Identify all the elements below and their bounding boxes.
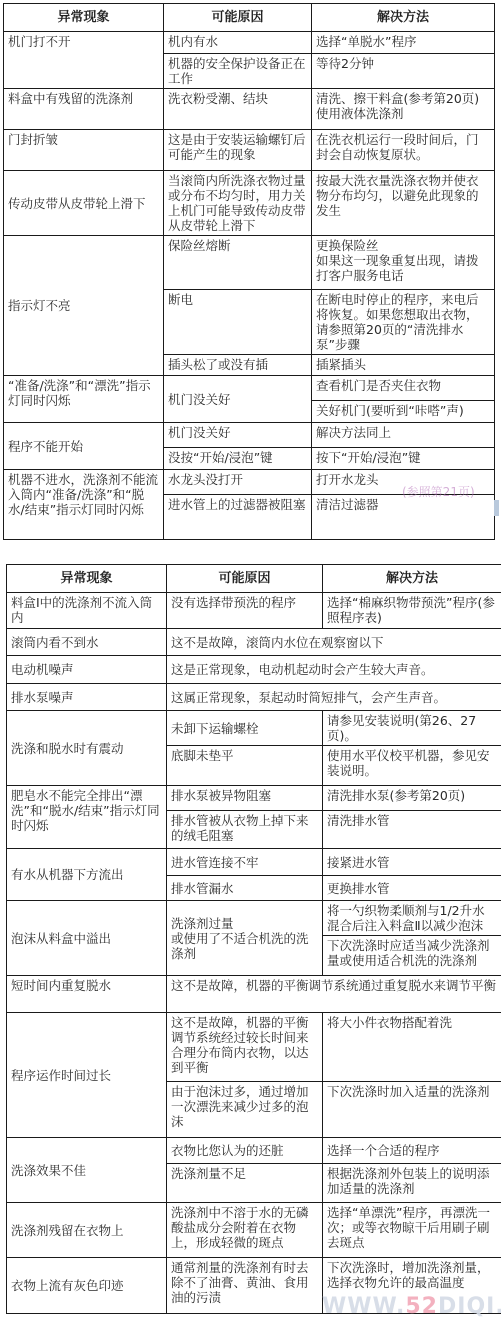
symptom-cell: 机门打不开 <box>4 32 164 89</box>
symptom-cell: 排水泵噪声 <box>7 684 167 711</box>
solution-cell: 选择一个合适的程序 <box>323 1138 501 1164</box>
symptom-cell: 程序运作时间过长 <box>7 1013 167 1138</box>
solution-cell: 将大小件衣物搭配着洗 <box>323 1013 501 1082</box>
cause-cell: 洗衣粉受潮、结块 <box>164 89 312 130</box>
table-row: 程序不能开始 机门没关好 解决方法同上 <box>4 423 495 448</box>
solution-cell: 下次洗涤时应适当减少洗涤剂量或使用适合机洗的洗涤剂 <box>323 936 501 976</box>
solution-cell: 选择“单漂洗”程序，再漂洗一次；或等衣物晾干后用刷子刷去斑点 <box>323 1203 501 1258</box>
table-row: 传动皮带从皮带轮上滑下 当滚筒内所洗涤衣物过量或分布不均匀时，用力关上机门可能导… <box>4 171 495 236</box>
solution-cell: 清洗排水泵(参考第20页) <box>323 786 501 811</box>
table-row: 排水泵噪声 这属正常现象，泵起动时简短排气，会产生声音。 <box>7 684 501 711</box>
solution-cell: 在洗衣机运行一段时间后，门封会自动恢复原状。 <box>312 130 495 171</box>
table-row: 料盒中有残留的洗涤剂 洗衣粉受潮、结块 清洗、擦干料盒(参考第20页) 使用液体… <box>4 89 495 130</box>
header-cause: 可能原因 <box>167 565 323 593</box>
symptom-cell: 门封折皱 <box>4 130 164 171</box>
solution-cell: 根据洗涤剂外包装上的说明添加适量的洗涤剂 <box>323 1164 501 1203</box>
table-row: 料盒Ⅰ中的洗涤剂不流入筒内 没有选择带预洗的程序 选择“棉麻织物带预洗”程序(参… <box>7 593 501 629</box>
solution-cell: 使用水平仪校平机器，参见安装说明。 <box>323 746 501 786</box>
solution-cell: 接紧进水管 <box>323 849 501 876</box>
header-solution: 解决方法 <box>312 4 495 32</box>
cause-cell: 未卸下运输螺栓 <box>167 711 323 746</box>
symptom-cell: 洗涤剂残留在衣物上 <box>7 1203 167 1258</box>
header-solution: 解决方法 <box>323 565 501 593</box>
merged-cell: 这属正常现象，泵起动时简短排气，会产生声音。 <box>167 684 501 711</box>
table-row: 滚筒内看不到水 这不是故障，滚筒内水位在观察窗以下 <box>7 629 501 656</box>
table-row: 肥皂水不能完全排出“漂洗”和“脱水/结束”指示灯同时闪烁 排水泵被异物阻塞 清洗… <box>7 786 501 811</box>
symptom-cell: 有水从机器下方流出 <box>7 849 167 901</box>
solution-cell: 将一勺织物柔顺剂与1/2升水混合后注入料盒Ⅱ以减少泡沫 <box>323 901 501 936</box>
table-row: 电动机噪声 这是正常现象，电动机起动时会产生较大声音。 <box>7 656 501 684</box>
table-row: 洗涤效果不佳 衣物比您认为的还脏 选择一个合适的程序 <box>7 1138 501 1164</box>
solution-cell: 清洗排水管 <box>323 811 501 849</box>
cause-cell: 由于泡沫过多，通过增加一次漂洗来减少过多的泡沫 <box>167 1082 323 1138</box>
symptom-cell: 指示灯不亮 <box>4 236 164 376</box>
watermark-prefix: WWW. <box>322 1294 405 1318</box>
edge-mark <box>494 500 499 516</box>
cause-cell: 排水泵被异物阻塞 <box>167 786 323 811</box>
solution-cell: 请参见安装说明(第26、27页)。 <box>323 711 501 746</box>
cause-cell: 这不是故障，机器的平衡调节系统经过较长时间来合理分布筒内衣物，以达到平衡 <box>167 1013 323 1082</box>
table-row: 指示灯不亮 保险丝熔断 更换保险丝 如果这一现象重复出现，请拨打客户服务电话 <box>4 236 495 290</box>
table-row: 洗涤和脱水时有震动 未卸下运输螺栓 请参见安装说明(第26、27页)。 <box>7 711 501 746</box>
cause-cell: 断电 <box>164 290 312 355</box>
cause-cell: 洗涤剂过量 或使用了不适合机洗的洗涤剂 <box>167 901 323 976</box>
cause-cell: 这是由于安装运输螺钉后可能产生的现象 <box>164 130 312 171</box>
symptom-cell: 料盒中有残留的洗涤剂 <box>4 89 164 130</box>
solution-cell: 清洗、擦干料盒(参考第20页) 使用液体洗涤剂 <box>312 89 495 130</box>
cause-cell: 排水管被从衣物上掉下来的绒毛阻塞 <box>167 811 323 849</box>
symptom-cell: 程序不能开始 <box>4 423 164 470</box>
solution-cell: 按下“开始/浸泡”键 <box>312 448 495 470</box>
table-row: 泡沫从料盒中溢出 洗涤剂过量 或使用了不适合机洗的洗涤剂 将一勺织物柔顺剂与1/… <box>7 901 501 936</box>
cause-cell: 衣物比您认为的还脏 <box>167 1138 323 1164</box>
symptom-cell: “准备/洗涤”和“漂洗”指示灯同时闪烁 <box>4 376 164 423</box>
cause-cell: 机器的安全保护设备正在工作 <box>164 54 312 89</box>
solution-cell: 查看机门是否夹住衣物 <box>312 376 495 401</box>
cause-cell: 排水管漏水 <box>167 876 323 901</box>
table-row: 机门打不开 机内有水 选择“单脱水”程序 <box>4 32 495 54</box>
troubleshooting-table-1: 异常现象 可能原因 解决方法 机门打不开 机内有水 选择“单脱水”程序 机器的安… <box>3 3 495 540</box>
solution-text: 清洁过滤器 <box>316 497 379 512</box>
cause-cell: 通常剂量的洗涤剂有时去除不了油膏、黄油、食用油的污渍 <box>167 1258 323 1314</box>
cause-cell: 进水管连接不牢 <box>167 849 323 876</box>
table-row: “准备/洗涤”和“漂洗”指示灯同时闪烁 机门没关好 查看机门是否夹住衣物 <box>4 376 495 401</box>
solution-cell: 在断电时停止的程序，来电后将恢复。如果您想取出衣物，请参照第20页的“清洗排水泵… <box>312 290 495 355</box>
cause-cell: 没按“开始/浸泡”键 <box>164 448 312 470</box>
cause-cell: 保险丝熔断 <box>164 236 312 290</box>
site-watermark: WWW.52DIQI.COM <box>322 1294 501 1318</box>
header-symptom: 异常现象 <box>7 565 167 593</box>
symptom-cell: 肥皂水不能完全排出“漂洗”和“脱水/结束”指示灯同时闪烁 <box>7 786 167 849</box>
solution-cell: 解决方法同上 <box>312 423 495 448</box>
solution-cell: 插紧插头 <box>312 355 495 376</box>
symptom-cell: 衣物上流有灰色印迹 <box>7 1258 167 1314</box>
header-cause: 可能原因 <box>164 4 312 32</box>
symptom-cell: 泡沫从料盒中溢出 <box>7 901 167 976</box>
page-reference-stamp: (参照第21页) <box>402 483 475 500</box>
watermark-highlight: 52 <box>405 1294 438 1318</box>
cause-cell: 当滚筒内所洗涤衣物过量或分布不均匀时，用力关上机门可能导致传动皮带从皮带轮上滑下 <box>164 171 312 236</box>
symptom-cell: 短时间内重复脱水 <box>7 976 167 1013</box>
merged-cell: 这不是故障，机器的平衡调节系统通过重复脱水来调节平衡 <box>167 976 501 1013</box>
merged-cell: 这是正常现象，电动机起动时会产生较大声音。 <box>167 656 501 684</box>
cause-cell: 没有选择带预洗的程序 <box>167 593 323 629</box>
cause-cell: 水龙头没打开 <box>164 470 312 495</box>
symptom-cell: 机器不进水，洗涤剂不能流入筒内“准备/洗涤”和“脱水/结束”指示灯同时闪烁 <box>4 470 164 540</box>
solution-cell: 选择“单脱水”程序 <box>312 32 495 54</box>
solution-cell: 更换排水管 <box>323 876 501 901</box>
symptom-cell: 洗涤和脱水时有震动 <box>7 711 167 786</box>
symptom-cell: 料盒Ⅰ中的洗涤剂不流入筒内 <box>7 593 167 629</box>
header-symptom: 异常现象 <box>4 4 164 32</box>
solution-cell: 等待2分钟 <box>312 54 495 89</box>
table-row: 短时间内重复脱水 这不是故障，机器的平衡调节系统通过重复脱水来调节平衡 <box>7 976 501 1013</box>
cause-cell: 洗涤剂量不足 <box>167 1164 323 1203</box>
merged-cell: 这不是故障，滚筒内水位在观察窗以下 <box>167 629 501 656</box>
symptom-cell: 洗涤效果不佳 <box>7 1138 167 1203</box>
cause-cell: 机门没关好 <box>164 423 312 448</box>
table-row: 程序运作时间过长 这不是故障，机器的平衡调节系统经过较长时间来合理分布筒内衣物，… <box>7 1013 501 1082</box>
troubleshooting-table-2: 异常现象 可能原因 解决方法 料盒Ⅰ中的洗涤剂不流入筒内 没有选择带预洗的程序 … <box>6 564 501 1314</box>
solution-cell: 更换保险丝 如果这一现象重复出现，请拨打客户服务电话 <box>312 236 495 290</box>
symptom-cell: 滚筒内看不到水 <box>7 629 167 656</box>
table-row: 洗涤剂残留在衣物上 洗涤剂中不溶于水的无磷酸盐成分会附着在衣物上，形成轻微的斑点… <box>7 1203 501 1258</box>
cause-cell: 洗涤剂中不溶于水的无磷酸盐成分会附着在衣物上，形成轻微的斑点 <box>167 1203 323 1258</box>
cause-cell: 插头松了或没有插 <box>164 355 312 376</box>
solution-cell: 关好机门(要听到“咔嗒”声) <box>312 401 495 423</box>
table-row: 有水从机器下方流出 进水管连接不牢 接紧进水管 <box>7 849 501 876</box>
cause-cell: 底脚未垫平 <box>167 746 323 786</box>
solution-cell: 清洁过滤器 <box>312 495 495 540</box>
watermark-suffix: DIQI.COM <box>438 1294 501 1318</box>
cause-cell: 机门没关好 <box>164 376 312 423</box>
table-row: 门封折皱 这是由于安装运输螺钉后可能产生的现象 在洗衣机运行一段时间后，门封会自… <box>4 130 495 171</box>
symptom-cell: 电动机噪声 <box>7 656 167 684</box>
cause-cell: 进水管上的过滤器被阻塞 <box>164 495 312 540</box>
cause-cell: 机内有水 <box>164 32 312 54</box>
solution-cell: 选择“棉麻织物带预洗”程序(参照程序表) <box>323 593 501 629</box>
solution-cell: 下次洗涤时加入适量的洗涤剂 <box>323 1082 501 1138</box>
symptom-cell: 传动皮带从皮带轮上滑下 <box>4 171 164 236</box>
solution-cell: 按最大洗衣量洗涤衣物并使衣物分布均匀，以避免此现象的发生 <box>312 171 495 236</box>
